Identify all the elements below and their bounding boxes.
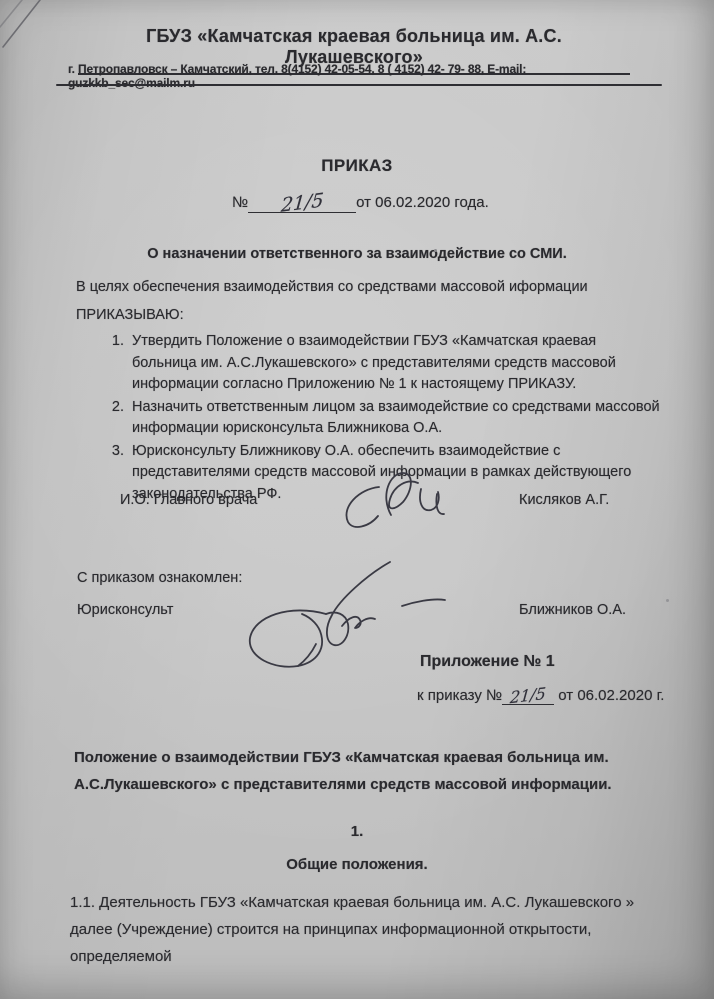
order-date: от 06.02.2020 года. (356, 194, 489, 211)
annex-ref-prefix: к приказу № (417, 687, 502, 704)
executive-signature (333, 463, 449, 539)
acquainted-role: Юрисконсульт (77, 602, 173, 618)
section-heading: Общие положения. (0, 856, 714, 873)
letterhead-divider (56, 84, 662, 86)
order-heading: ПРИКАЗ (0, 156, 714, 176)
order-subject: О назначении ответственного за взаимодей… (0, 246, 714, 262)
section-number: 1. (0, 823, 714, 840)
decree-word: ПРИКАЗЫВАЮ: (76, 307, 184, 323)
corner-pen-mark (0, 0, 70, 70)
regulation-title: Положение о взаимодействии ГБУЗ «Камчатс… (74, 744, 640, 798)
order-number-prefix: № (232, 194, 248, 211)
order-number-handwritten: 21/5 (280, 189, 324, 217)
executive-role: И.О. Главного врача (120, 492, 257, 508)
order-preamble: В целях обеспечения взаимодействия со ср… (76, 279, 676, 295)
regulation-paragraph: 1.1. Деятельность ГБУЗ «Камчатская краев… (70, 889, 656, 970)
scanned-order-document: ГБУЗ «Камчатская краевая больница им. А.… (0, 0, 714, 999)
order-number-blank: 21/5 (248, 190, 356, 213)
annex-reference-line: к приказу №21/5 от 06.02.2020 г. (417, 685, 664, 705)
annex-ref-date: от 06.02.2020 г. (558, 687, 664, 704)
annex-ref-blank: 21/5 (502, 685, 554, 705)
executive-name: Кисляков А.Г. (519, 492, 609, 508)
paper-speck (434, 249, 437, 252)
annex-title: Приложение № 1 (420, 653, 555, 671)
order-item: Утвердить Положение о взаимодействии ГБУ… (128, 331, 660, 396)
acquainted-name: Ближников О.А. (519, 602, 626, 618)
paper-speck (666, 599, 669, 602)
order-item: Назначить ответственным лицом за взаимод… (128, 397, 660, 440)
acknowledgement-line: С приказом ознакомлен: (77, 570, 242, 586)
order-number-line: №21/5от 06.02.2020 года. (232, 190, 489, 213)
annex-ref-number-handwritten: 21/5 (509, 684, 546, 708)
